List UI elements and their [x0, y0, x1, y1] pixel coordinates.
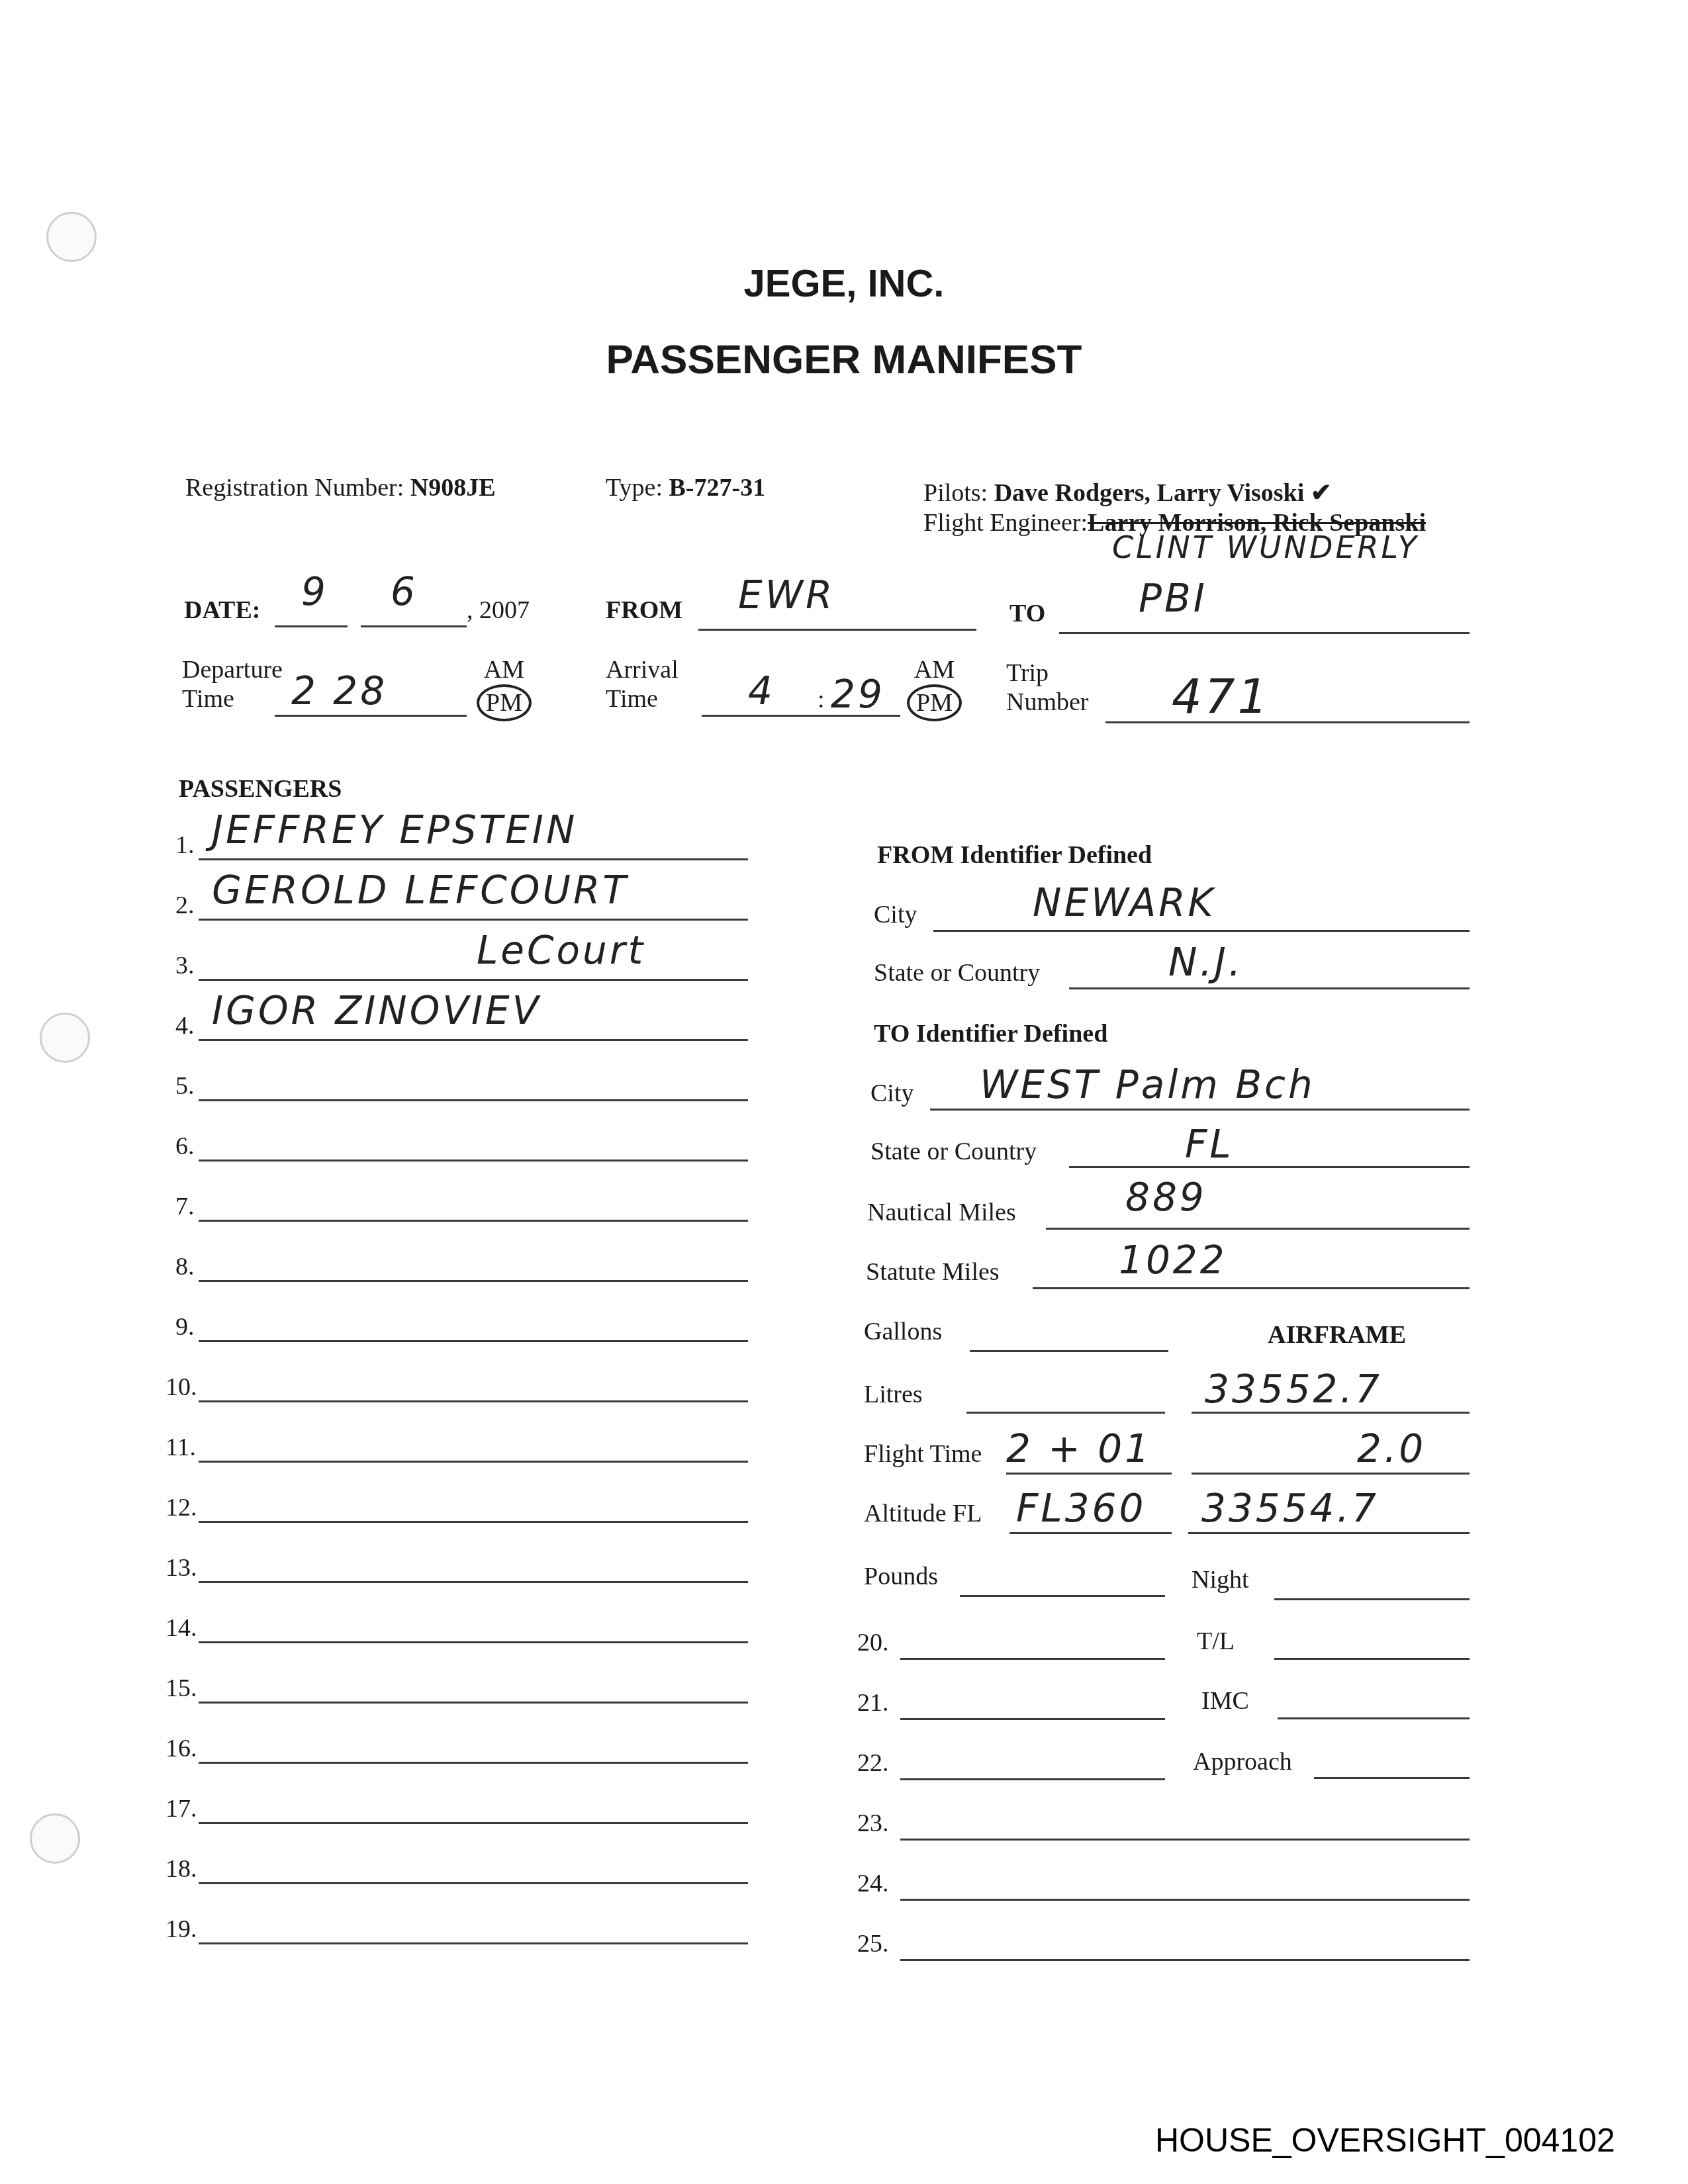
airframe-end: 33554.7 — [1201, 1486, 1379, 1531]
passenger-line — [199, 1641, 748, 1643]
passenger-line — [199, 1942, 748, 1944]
arrival-ampm: AMPM — [907, 655, 962, 721]
passenger-number: 4. — [175, 1011, 195, 1040]
extra-row-line — [900, 1718, 1165, 1720]
punch-hole-bottom — [30, 1813, 80, 1864]
registration-value: N908JE — [410, 474, 496, 502]
extra-row-line — [900, 1658, 1165, 1660]
passenger-line — [199, 1461, 748, 1463]
passenger-line — [199, 1521, 748, 1523]
trip-label: TripNumber — [1006, 659, 1089, 717]
departure-time: 2 28 — [291, 668, 387, 713]
pm-circled: PM — [907, 684, 962, 721]
passenger-line — [199, 1762, 748, 1764]
arrival-label: ArrivalTime — [606, 655, 679, 713]
type-value: B-727-31 — [669, 474, 765, 502]
extra-row-number: 25. — [857, 1929, 889, 1958]
passenger-line — [199, 1099, 748, 1101]
departure-label: DepartureTime — [182, 655, 283, 713]
passenger-line — [199, 1220, 748, 1222]
punch-hole-middle — [40, 1013, 90, 1063]
passenger-line — [199, 1822, 748, 1824]
passenger-number: 19. — [165, 1915, 197, 1944]
extra-row-number: 21. — [857, 1688, 889, 1717]
passenger-line — [199, 1702, 748, 1704]
registration-label: Registration Number: — [185, 474, 404, 502]
imc-label: IMC — [1201, 1686, 1249, 1715]
passenger-number: 16. — [165, 1734, 197, 1763]
pilots-label: Pilots: — [923, 479, 988, 507]
passenger-number: 5. — [175, 1071, 195, 1101]
passenger-line — [199, 919, 748, 921]
pounds-label: Pounds — [864, 1562, 938, 1591]
date-day: 6 — [391, 569, 418, 614]
passenger-number: 10. — [165, 1373, 197, 1402]
from-value: EWR — [738, 572, 835, 617]
airframe-heading: AIRFRAME — [1268, 1320, 1406, 1349]
from-state-label: State or Country — [874, 958, 1040, 987]
bates-number: HOUSE_OVERSIGHT_004102 — [1155, 2121, 1615, 2160]
passenger-line — [199, 1882, 748, 1884]
date-label: DATE: — [184, 596, 260, 625]
to-identifier-heading: TO Identifier Defined — [874, 1019, 1107, 1048]
from-state: N.J. — [1168, 940, 1243, 985]
passenger-line — [199, 1400, 748, 1402]
passenger-number: 7. — [175, 1192, 195, 1221]
arrival-minute: 29 — [831, 672, 885, 717]
approach-label: Approach — [1193, 1747, 1292, 1776]
extra-row-number: 23. — [857, 1809, 889, 1838]
statute-value: 1022 — [1119, 1238, 1227, 1283]
statute-label: Statute Miles — [866, 1257, 1000, 1287]
gallons-label: Gallons — [864, 1317, 942, 1346]
passenger-line — [199, 1160, 748, 1161]
passenger-number: 18. — [165, 1854, 197, 1884]
date-year: , 2007 — [467, 596, 530, 625]
to-state-label: State or Country — [870, 1137, 1037, 1166]
passenger-line — [199, 979, 748, 981]
type-label: Type: — [606, 474, 663, 502]
flight-time: 2 + 01 — [1006, 1426, 1152, 1471]
passenger-name: LeCourt — [477, 928, 645, 973]
to-value: PBI — [1139, 576, 1207, 621]
passenger-name: GEROLD LEFCOURT — [212, 868, 629, 913]
pm-circled: PM — [477, 684, 532, 721]
passenger-number: 14. — [165, 1614, 197, 1643]
tl-label: T/L — [1197, 1627, 1235, 1656]
passenger-line — [199, 858, 748, 860]
passenger-line — [199, 1280, 748, 1282]
from-city: NEWARK — [1033, 880, 1216, 925]
passenger-name: IGOR ZINOVIEV — [212, 988, 541, 1033]
passenger-line — [199, 1340, 748, 1342]
airframe-hours: 2.0 — [1357, 1426, 1426, 1471]
passenger-number: 12. — [165, 1493, 197, 1522]
company-name: JEGE, INC. — [0, 261, 1688, 306]
passenger-number: 11. — [165, 1433, 196, 1462]
passenger-line — [199, 1581, 748, 1583]
passenger-number: 15. — [165, 1674, 197, 1703]
arrival-colon: : — [818, 685, 825, 714]
passenger-number: 8. — [175, 1252, 195, 1281]
passenger-number: 2. — [175, 891, 195, 920]
litres-label: Litres — [864, 1380, 923, 1409]
passenger-line — [199, 1039, 748, 1041]
punch-hole-top — [46, 212, 97, 262]
to-label: TO — [1009, 599, 1045, 628]
night-label: Night — [1192, 1565, 1249, 1594]
extra-row-number: 24. — [857, 1869, 889, 1898]
to-city-label: City — [870, 1079, 914, 1108]
passenger-name: JEFFREY EPSTEIN — [212, 807, 577, 852]
type-field: Type: B-727-31 — [606, 473, 765, 502]
extra-row-number: 20. — [857, 1628, 889, 1657]
registration-field: Registration Number: N908JE — [185, 473, 496, 502]
passenger-number: 1. — [175, 831, 195, 860]
pilots-field: Pilots: Dave Rodgers, Larry Visoski ✔ — [923, 478, 1332, 508]
to-city: WEST Palm Bch — [980, 1062, 1315, 1107]
from-identifier-heading: FROM Identifier Defined — [877, 841, 1152, 870]
from-city-label: City — [874, 900, 917, 929]
from-label: FROM — [606, 596, 682, 625]
passenger-number: 3. — [175, 951, 195, 980]
nautical-value: 889 — [1125, 1175, 1207, 1220]
altitude-label: Altitude FL — [864, 1499, 982, 1528]
passenger-number: 13. — [165, 1553, 197, 1582]
flight-time-label: Flight Time — [864, 1439, 982, 1469]
passenger-number: 6. — [175, 1132, 195, 1161]
arrival-hour: 4 — [748, 668, 775, 713]
altitude-value: FL360 — [1016, 1486, 1146, 1531]
passengers-heading: PASSENGERS — [179, 774, 342, 803]
airframe-start: 33552.7 — [1205, 1367, 1382, 1412]
to-state: FL — [1185, 1122, 1234, 1167]
passenger-number: 9. — [175, 1312, 195, 1342]
departure-ampm: AMPM — [477, 655, 532, 721]
extra-row-number: 22. — [857, 1749, 889, 1778]
nautical-label: Nautical Miles — [867, 1198, 1016, 1227]
extra-row-line — [900, 1899, 1470, 1901]
pilots-value: Dave Rodgers, Larry Visoski ✔ — [994, 479, 1332, 507]
extra-row-line — [900, 1839, 1470, 1841]
passenger-number: 17. — [165, 1794, 197, 1823]
extra-row-line — [900, 1959, 1470, 1961]
engineer-written: CLINT WUNDERLY — [1112, 529, 1419, 565]
engineer-label: Flight Engineer: — [923, 509, 1088, 537]
date-month: 9 — [301, 569, 328, 614]
form-title: PASSENGER MANIFEST — [0, 336, 1688, 383]
trip-number: 471 — [1172, 668, 1270, 724]
extra-row-line — [900, 1778, 1165, 1780]
